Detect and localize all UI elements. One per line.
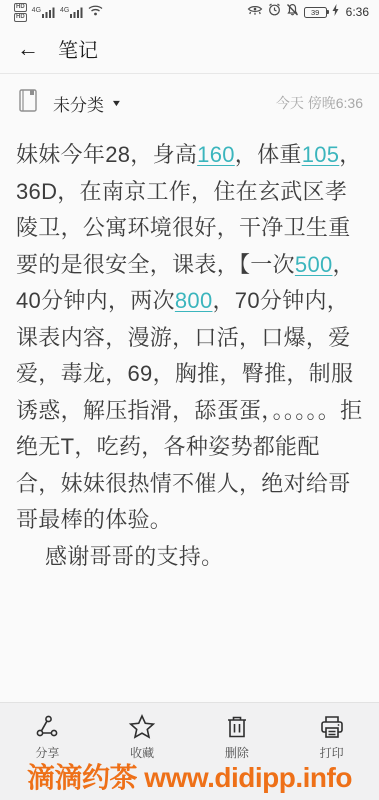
note-timestamp: 今天 傍晚6:36 bbox=[276, 93, 363, 113]
eye-comfort-icon bbox=[247, 3, 263, 21]
notification-muted-icon bbox=[286, 3, 299, 21]
notebook-icon bbox=[18, 89, 37, 117]
number-link[interactable]: 500 bbox=[295, 252, 333, 277]
notes-app-screen: HD HD 4G 4G bbox=[0, 0, 379, 800]
wifi-icon bbox=[88, 3, 103, 21]
chevron-down-icon: ▼ bbox=[111, 98, 123, 108]
page-title: 笔记 bbox=[58, 34, 98, 63]
status-bar: HD HD 4G 4G bbox=[0, 0, 379, 24]
note-content[interactable]: 妹妹今年28，身高160，体重105，36D，在南京工作，住在玄武区孝陵卫，公寓… bbox=[0, 123, 379, 575]
star-icon bbox=[128, 714, 156, 740]
category-selector[interactable]: 未分类 ▼ bbox=[18, 89, 121, 117]
back-button[interactable]: ← bbox=[17, 38, 39, 60]
note-paragraph: 妹妹今年28，身高160，体重105，36D，在南京工作，住在玄武区孝陵卫，公寓… bbox=[16, 137, 363, 539]
trash-icon bbox=[225, 714, 249, 740]
number-link[interactable]: 160 bbox=[197, 142, 235, 167]
hd-icon: HD bbox=[14, 3, 27, 12]
alarm-icon bbox=[268, 3, 281, 21]
signal-sim1-icon: 4G bbox=[32, 7, 55, 18]
note-text: 妹妹今年28，身高 bbox=[16, 142, 197, 167]
app-header: ← 笔记 bbox=[0, 24, 379, 74]
hd-icon: HD bbox=[14, 13, 27, 22]
note-text: ，体重 bbox=[235, 142, 302, 167]
status-bar-right: 39 6:36 bbox=[247, 3, 369, 21]
sim2-network-type: 4G bbox=[60, 7, 69, 14]
battery-indicator: 39 bbox=[304, 7, 327, 18]
note-meta-row: 未分类 ▼ 今天 傍晚6:36 bbox=[0, 74, 379, 123]
category-label: 未分类 bbox=[53, 91, 104, 116]
hd-volte-icons: HD HD bbox=[14, 3, 27, 22]
status-bar-left: HD HD 4G 4G bbox=[14, 3, 103, 22]
number-link[interactable]: 105 bbox=[302, 142, 340, 167]
watermark-text: 滴滴约茶 www.didipp.info bbox=[0, 756, 379, 796]
sim1-network-type: 4G bbox=[32, 7, 41, 14]
note-text: ，70分钟内，课表内容，漫游，口活，口爆，爱爱，毒龙，69，胸推，臀推，制服诱惑… bbox=[16, 288, 362, 532]
clock-time: 6:36 bbox=[346, 5, 369, 19]
battery-percent: 39 bbox=[311, 8, 319, 17]
signal-sim2-icon: 4G bbox=[60, 7, 83, 18]
note-paragraph: 感谢哥哥的支持。 bbox=[16, 539, 363, 576]
printer-icon bbox=[319, 714, 345, 740]
charging-bolt-icon bbox=[332, 3, 339, 21]
share-icon bbox=[34, 714, 60, 740]
number-link[interactable]: 800 bbox=[175, 288, 213, 313]
